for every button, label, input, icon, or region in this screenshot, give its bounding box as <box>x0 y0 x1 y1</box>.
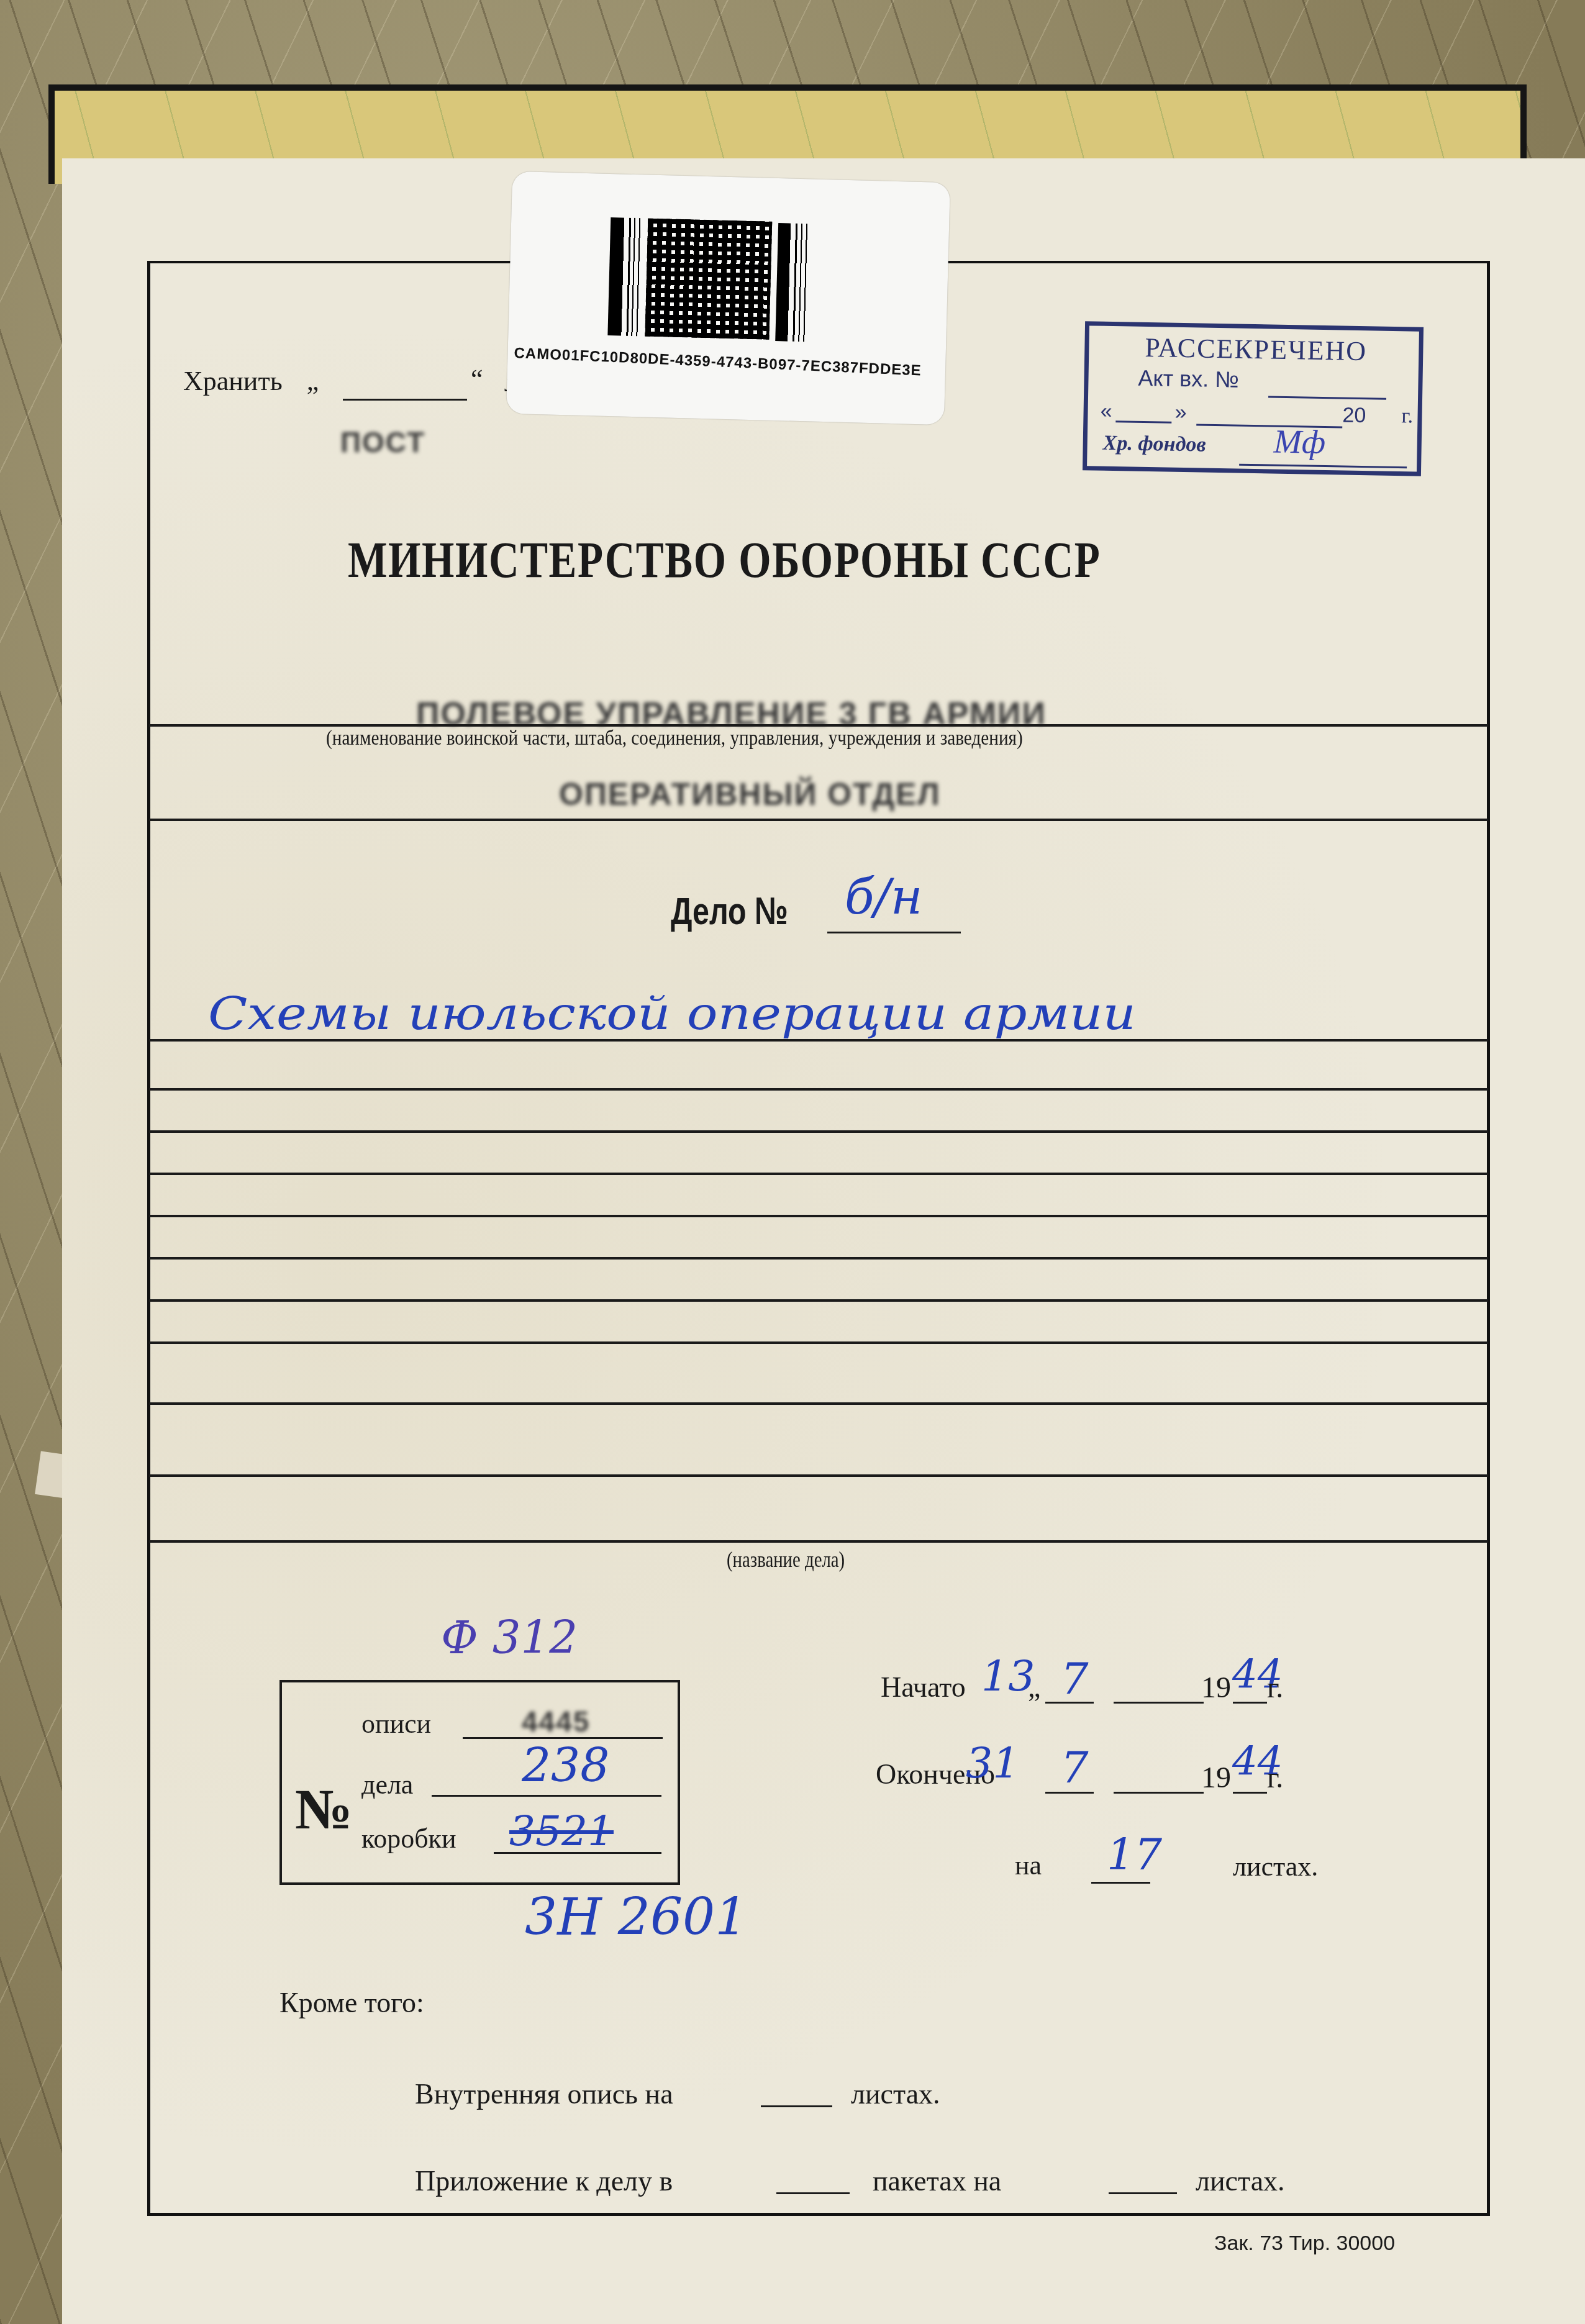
ministry-title-text: МИНИСТЕРСТВО ОБОРОНЫ СССР <box>348 531 1101 589</box>
file-label: дела <box>361 1769 413 1800</box>
barcode-stop-pattern <box>775 223 812 342</box>
started-year-prefix: 19 <box>1201 1671 1231 1705</box>
printer-imprint: Зак. 73 Тир. 30000 <box>1214 2231 1395 2256</box>
started-day-text: 13 <box>981 1652 1035 1701</box>
stamp-act-label: Акт вх. № <box>1138 365 1239 393</box>
declassified-stamp: РАССЕКРЕЧЕНО Акт вх. № « » 20 г. Хр. фон… <box>1083 321 1424 476</box>
started-year-unit: г. <box>1267 1671 1283 1705</box>
department-line <box>149 819 1488 821</box>
started-label: Начато <box>881 1671 966 1704</box>
keep-years-field <box>343 399 467 401</box>
started-month: 7 <box>1061 1653 1089 1704</box>
case-title-caption-text: (название дела) <box>727 1546 845 1573</box>
stamp-year-suffix: г. <box>1401 404 1413 428</box>
quote-open: „ <box>307 366 319 396</box>
ended-month: 7 <box>1061 1742 1089 1793</box>
title-line-10 <box>149 1474 1488 1477</box>
attachment-prefix: Приложение к делу в <box>415 2164 673 2197</box>
title-line-8 <box>149 1341 1488 1344</box>
started-month-field <box>1114 1702 1204 1704</box>
barcode-label: CAMO01FC10D80DE-4359-4743-B097-7EC387FDD… <box>506 171 950 425</box>
title-line-7 <box>149 1299 1488 1302</box>
ended-year-field <box>1233 1792 1267 1794</box>
title-line-11 <box>149 1540 1488 1543</box>
title-line-3 <box>149 1130 1488 1133</box>
inventory-value-stamp: 4445 <box>522 1705 590 1738</box>
title-line-6 <box>149 1257 1488 1260</box>
internal-inventory-suffix: листах. <box>851 2077 940 2110</box>
keep-label: Хранить „ <box>183 365 319 397</box>
title-line-2 <box>149 1088 1488 1091</box>
case-title-text: Схемы июльской операции армии <box>208 987 1136 1040</box>
sheets-suffix: листах. <box>1233 1851 1318 1882</box>
internal-inventory-field <box>761 2105 832 2107</box>
stamp-title: РАССЕКРЕЧЕНО <box>1145 332 1368 367</box>
stamp-year-prefix: 20 <box>1342 404 1366 429</box>
attachment-packets-field <box>776 2192 850 2194</box>
stamp-day-line <box>1115 420 1171 424</box>
sheets-field <box>1091 1882 1150 1884</box>
unit-caption-text: (наименование воинской части, штаба, сое… <box>326 727 1023 750</box>
case-number-field <box>827 932 961 933</box>
sheets-value: 17 <box>1107 1829 1162 1880</box>
title-line-1 <box>149 1039 1488 1042</box>
box-value-struck: 3521 <box>509 1807 614 1855</box>
title-line-4 <box>149 1173 1488 1175</box>
stamp-date-open: « <box>1100 399 1112 424</box>
stamp-date-close: » <box>1174 401 1187 425</box>
keep-label-text: Хранить <box>183 366 283 396</box>
file-field <box>432 1795 661 1797</box>
case-number-label-text: Дело № <box>671 889 788 933</box>
attachment-sheets-field <box>1109 2192 1177 2194</box>
case-title-caption: (название дела) <box>727 1546 874 1573</box>
fond-number: Ф 312 <box>441 1612 578 1664</box>
started-day: 13 <box>978 1652 1035 1701</box>
title-line-9 <box>149 1402 1488 1405</box>
besides-label: Кроме того: <box>279 1986 424 2019</box>
stamp-signature: Мф <box>1273 422 1325 461</box>
barcode-id-text: CAMO01FC10D80DE-4359-4743-B097-7EC387FDD… <box>514 345 943 381</box>
file-value: 238 <box>522 1739 609 1792</box>
number-sign: № <box>295 1776 352 1842</box>
case-number-value: б/н <box>845 869 922 925</box>
attachment-suffix: листах. <box>1196 2164 1285 2197</box>
title-line-5 <box>149 1215 1488 1217</box>
unit-caption: (наименование воинской части, штаба, сое… <box>326 727 1136 750</box>
department-stamp: ОПЕРАТИВНЫЙ ОТДЕЛ <box>559 776 940 812</box>
stamp-keeper-label: Хр. фондов <box>1102 432 1206 457</box>
ended-month-field <box>1114 1792 1204 1794</box>
stamp-signature-line <box>1239 464 1407 469</box>
ended-year-prefix: 19 <box>1201 1761 1231 1795</box>
new-box-number: 3Н 2601 <box>525 1888 747 1947</box>
attachment-middle: пакетах на <box>873 2164 1001 2197</box>
sheets-prefix: на <box>1015 1850 1042 1881</box>
inventory-label: описи <box>361 1708 431 1740</box>
ministry-title: МИНИСТЕРСТВО ОБОРОНЫ СССР <box>348 531 1266 589</box>
ended-year-unit: г. <box>1267 1761 1283 1795</box>
keep-stamp-blurred: ПОСТ <box>340 425 425 459</box>
ended-day: 31 <box>966 1739 1020 1788</box>
quote-close: “ <box>471 363 483 395</box>
stamp-act-line <box>1268 396 1386 399</box>
box-label: коробки <box>361 1823 456 1854</box>
case-title-handwritten: Схемы июльской операции армии <box>208 987 1015 1040</box>
case-number-label: Дело № <box>671 889 821 933</box>
started-year-field <box>1233 1702 1267 1704</box>
internal-inventory-prefix: Внутренняя опись на <box>415 2077 673 2110</box>
